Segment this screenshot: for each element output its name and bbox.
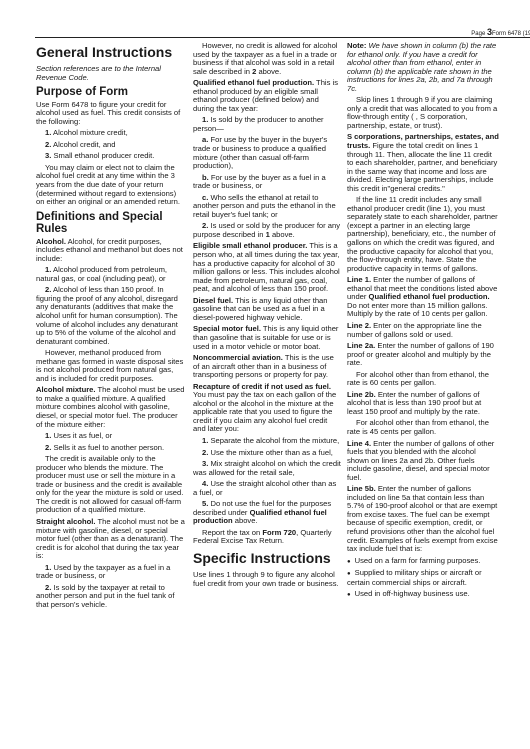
line-5b-instruction: Line 5b. Enter the number of gallons inc… bbox=[347, 485, 499, 553]
purpose-item: 3. Small ethanol producer credit. bbox=[36, 152, 186, 161]
column-2: However, no credit is allowed for alcoho… bbox=[193, 42, 341, 591]
recapture-item: 1. Separate the alcohol from the mixture… bbox=[193, 437, 341, 446]
specific-instructions-text: Use lines 1 through 9 to figure any alco… bbox=[193, 571, 341, 588]
recapture-item: 4. Use the straight alcohol other than a… bbox=[193, 480, 341, 497]
line-2a-rate: For alcohol other than from ethanol, the… bbox=[347, 371, 499, 388]
straight-alcohol-definition: Straight alcohol. The alcohol must not b… bbox=[36, 518, 186, 561]
special-motor-fuel-definition: Special motor fuel. This is any liquid o… bbox=[193, 325, 341, 351]
diesel-fuel-definition: Diesel fuel. This is any liquid other th… bbox=[193, 297, 341, 323]
alcohol-mixture-definition: Alcohol mixture. The alcohol must be use… bbox=[36, 386, 186, 429]
line-1-instruction: Line 1. Enter the number of gallons of e… bbox=[347, 276, 499, 319]
line-2a-instruction: Line 2a. Enter the number of gallons of … bbox=[347, 342, 499, 368]
mixture-item: 2. Sells it as fuel to another person. bbox=[36, 444, 186, 453]
exempt-fuel-bullet: Supplied to military ships or aircraft o… bbox=[347, 569, 499, 587]
s-corporations-paragraph: S corporations, partnerships, estates, a… bbox=[347, 133, 499, 193]
recapture-item: 3. Mix straight alcohol on which the cre… bbox=[193, 460, 341, 477]
column-1: General Instructions Section references … bbox=[36, 42, 186, 612]
qefp-subitem: b. For use by the buyer as a fuel in a t… bbox=[193, 174, 341, 191]
section-reference-note: Section references are to the Internal R… bbox=[36, 65, 186, 82]
recapture-item: 5. Do not use the fuel for the purposes … bbox=[193, 500, 341, 526]
no-credit-paragraph: However, no credit is allowed for alcoho… bbox=[193, 42, 341, 76]
recapture-item: 2. Use the mixture other than as a fuel, bbox=[193, 449, 341, 458]
line-2b-instruction: Line 2b. Enter the number of gallons of … bbox=[347, 391, 499, 417]
claim-paragraph: You may claim or elect not to claim the … bbox=[36, 164, 186, 207]
general-instructions-heading: General Instructions bbox=[36, 44, 186, 60]
alcohol-item: 2. Alcohol of less than 150 proof. In fi… bbox=[36, 286, 186, 346]
line-4-instruction: Line 4. Enter the number of gallons of o… bbox=[347, 440, 499, 483]
eligible-producer-definition: Eligible small ethanol producer. This is… bbox=[193, 242, 341, 293]
column-3: Note: We have shown in column (b) the ra… bbox=[347, 42, 499, 603]
straight-item: 2. Is sold by the taxpayer at retail to … bbox=[36, 584, 186, 610]
header-rule bbox=[35, 37, 530, 38]
noncommercial-aviation-definition: Noncommercial aviation. This is the use … bbox=[193, 354, 341, 380]
straight-item: 1. Used by the taxpayer as a fuel in a t… bbox=[36, 564, 186, 581]
methanol-paragraph: However, methanol produced from methane … bbox=[36, 349, 186, 383]
purpose-heading: Purpose of Form bbox=[36, 86, 186, 99]
purpose-item: 2. Alcohol credit, and bbox=[36, 141, 186, 150]
line-2b-rate: For alcohol other than from ethanol, the… bbox=[347, 419, 499, 436]
line-2-instruction: Line 2. Enter on the appropriate line th… bbox=[347, 322, 499, 339]
line-11-paragraph: If the line 11 credit includes any small… bbox=[347, 196, 499, 273]
specific-instructions-heading: Specific Instructions bbox=[193, 550, 341, 566]
qefp-item: 1. Is sold by the producer to another pe… bbox=[193, 116, 341, 133]
skip-lines-paragraph: Skip lines 1 through 9 if you are claimi… bbox=[347, 96, 499, 130]
page-header: Page 3Form 6478 (1999) bbox=[471, 27, 530, 37]
qefp-subitem: a. For use by the buyer in the buyer's t… bbox=[193, 136, 341, 170]
qefp-item: 2. Is used or sold by the producer for a… bbox=[193, 222, 341, 239]
purpose-text: Use Form 6478 to figure your credit for … bbox=[36, 101, 186, 127]
qualified-ethanol-definition: Qualified ethanol fuel production. This … bbox=[193, 79, 341, 113]
purpose-item: 1. Alcohol mixture credit, bbox=[36, 129, 186, 138]
alcohol-item: 1. Alcohol produced from petroleum, natu… bbox=[36, 266, 186, 283]
mixture-credit-paragraph: The credit is available only to the prod… bbox=[36, 455, 186, 515]
alcohol-definition: Alcohol. Alcohol, for credit purposes, i… bbox=[36, 238, 186, 264]
report-tax-paragraph: Report the tax on Form 720, Quarterly Fe… bbox=[193, 529, 341, 546]
recapture-definition: Recapture of credit if not used as fuel.… bbox=[193, 383, 341, 434]
exempt-fuel-bullet: Used in off-highway business use. bbox=[347, 590, 499, 600]
exempt-fuel-bullet: Used on a farm for farming purposes. bbox=[347, 557, 499, 567]
qefp-subitem: c. Who sells the ethanol at retail to an… bbox=[193, 194, 341, 220]
rate-note: Note: We have shown in column (b) the ra… bbox=[347, 42, 499, 93]
mixture-item: 1. Uses it as fuel, or bbox=[36, 432, 186, 441]
definitions-heading: Definitions and Special Rules bbox=[36, 211, 186, 236]
